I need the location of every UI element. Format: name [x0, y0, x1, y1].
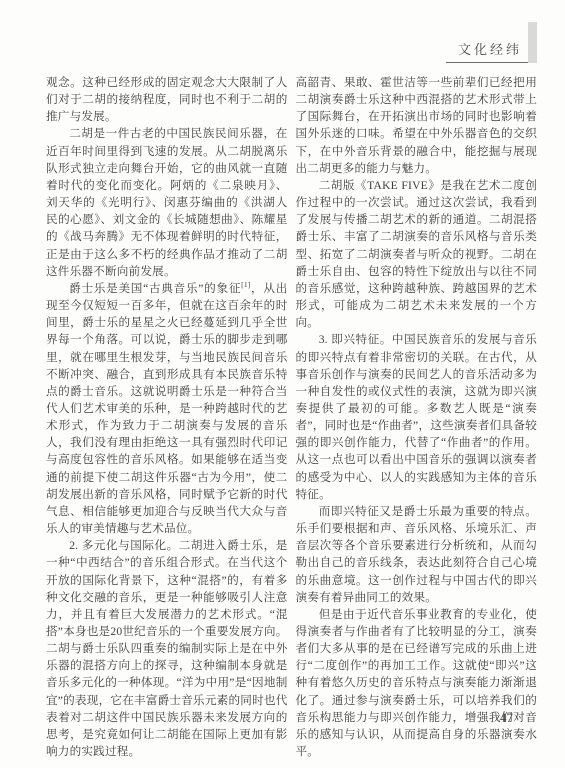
- paragraph: 2. 多元化与国际化。二胡进入爵士乐，是一种“中西结合”的音乐组合形式。在当代这…: [46, 537, 288, 760]
- paragraph: 但是由于近代音乐事业教育的专业化，使得演奏者与作曲者有了比较明显的分工，演奏者们…: [296, 606, 538, 760]
- page-number: 47: [500, 710, 513, 726]
- section-title: 文化经纬: [446, 42, 528, 63]
- paragraph: 而即兴特征又是爵士乐最为重要的特点。乐手们要根据和声、音乐风格、乐境乐汇、声音层…: [296, 503, 538, 606]
- paragraph: 爵士乐是美国“古典音乐”的象征[1]，从出现至今仅短短一百多年，但就在这百余年的…: [46, 280, 288, 537]
- paragraph: 观念。这种已经形成的固定观念大大限制了人们对于二胡的接纳程度，同时也不利于二胡的…: [46, 74, 288, 125]
- document-page: 文化经纬 观念。这种已经形成的固定观念大大限制了人们对于二胡的接纳程度，同时也不…: [0, 0, 565, 768]
- section-divider-bar: [528, 22, 537, 63]
- paragraph: 3. 即兴特征。中国民族音乐的发展与音乐的即兴特点有着非常密切的关联。在古代，从…: [296, 331, 538, 503]
- paragraph: 二胡是一件古老的中国民族民间乐器，在近百年时间里得到飞速的发展。从二胡脱离乐队形…: [46, 125, 288, 279]
- left-column: 观念。这种已经形成的固定观念大大限制了人们对于二胡的接纳程度，同时也不利于二胡的…: [46, 74, 288, 760]
- paragraph: 二胡版《TAKE FIVE》是我在艺术二度创作过程中的一次尝试。通过这次尝试，我…: [296, 177, 538, 331]
- article-body: 观念。这种已经形成的固定观念大大限制了人们对于二胡的接纳程度，同时也不利于二胡的…: [46, 74, 537, 760]
- paragraph: 高韶青、果敢、霍世洁等一些前辈们已经把用二胡演奏爵士乐这种中西混搭的艺术形式带上…: [296, 74, 538, 177]
- right-column: 高韶青、果敢、霍世洁等一些前辈们已经把用二胡演奏爵士乐这种中西混搭的艺术形式带上…: [296, 74, 538, 760]
- page-header: 文化经纬: [446, 22, 537, 63]
